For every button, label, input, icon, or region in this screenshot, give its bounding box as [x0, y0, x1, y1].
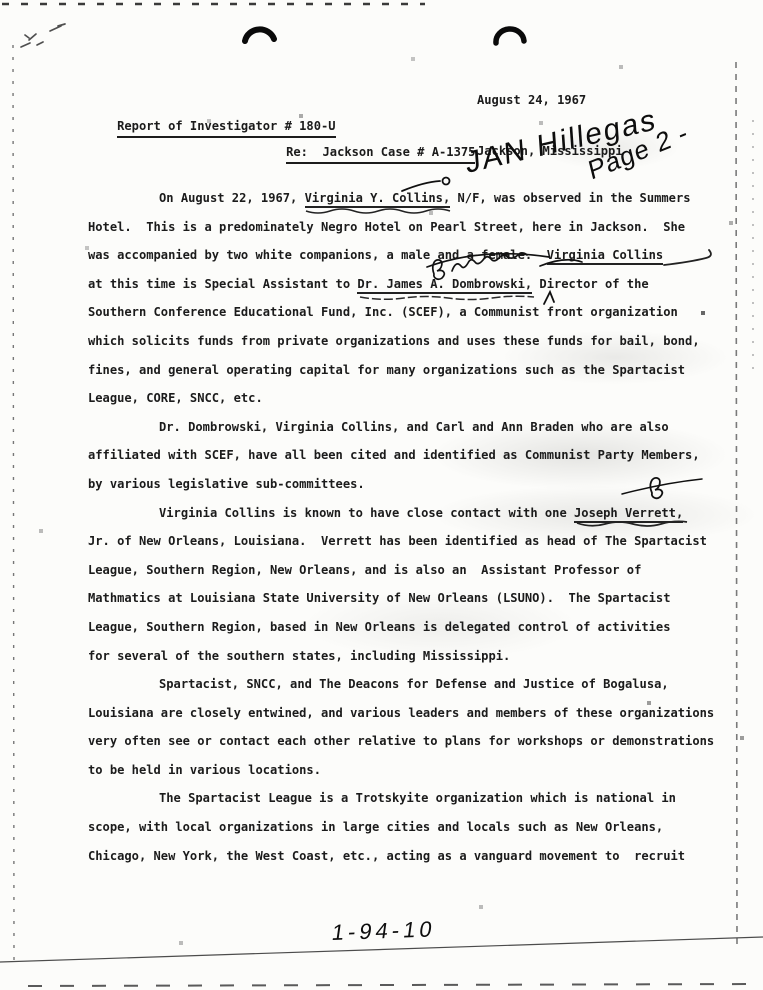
body-text-segment: affiliated with SCEF, have all been cite… [88, 448, 700, 462]
body-line: which solicits funds from private organi… [88, 327, 748, 356]
underlined-text: Joseph Verrett, [574, 506, 683, 523]
body-line: by various legislative sub-committees. [88, 470, 748, 499]
body-line: affiliated with SCEF, have all been cite… [88, 441, 748, 470]
punch-hole-arc [496, 29, 524, 43]
body-line: Chicago, New York, the West Coast, etc.,… [88, 842, 748, 871]
body-text-segment: by various legislative sub-committees. [88, 477, 365, 491]
body-line: League, Southern Region, New Orleans, an… [88, 556, 748, 585]
body-line: scope, with local organizations in large… [88, 813, 748, 842]
body-line: fines, and general operating capital for… [88, 356, 748, 385]
left-edge-line [13, 45, 14, 960]
body-text-segment: fines, and general operating capital for… [88, 363, 685, 377]
body-line: Louisiana are closely entwined, and vari… [88, 699, 748, 728]
body-text-segment: Dr. Dombrowski, Virginia Collins, and Ca… [159, 420, 669, 434]
body-text-segment: scope, with local organizations in large… [88, 820, 663, 834]
body-line: very often see or contact each other rel… [88, 727, 748, 756]
body-text-segment: which solicits funds from private organi… [88, 334, 700, 348]
body-line: League, CORE, SNCC, etc. [88, 384, 748, 413]
body-text-segment: League, Southern Region, New Orleans, an… [88, 563, 641, 577]
date-line: August 24, 1967 [477, 92, 623, 109]
body-line: Mathmatics at Louisiana State University… [88, 584, 748, 613]
body-line: Southern Conference Educational Fund, In… [88, 298, 748, 327]
body-text-segment: was accompanied by two white companions,… [88, 248, 547, 262]
underlined-text: Dr. James A. Dombrowski, [357, 277, 532, 294]
scan-speckles [0, 0, 2, 2]
body-line: Hotel. This is a predominately Negro Hot… [88, 213, 748, 242]
body-line: Dr. Dombrowski, Virginia Collins, and Ca… [88, 413, 748, 442]
body-text-segment: Director of the [532, 277, 649, 291]
handwritten-file-number: 1-94-10 [330, 916, 437, 946]
body-text-segment: Mathmatics at Louisiana State University… [88, 591, 670, 605]
case-reference-text: Re: Jackson Case # A-1375 [286, 144, 475, 164]
body-line: for several of the southern states, incl… [88, 642, 748, 671]
punch-hole-arc [245, 29, 274, 41]
pencil-scribble [21, 24, 65, 47]
body-text-segment: N/F, was observed in the Summers [450, 191, 690, 205]
body-line: Jr. of New Orleans, Louisiana. Verrett h… [88, 527, 748, 556]
body-text-segment: The Spartacist League is a Trotskyite or… [159, 791, 676, 805]
underlined-text: Virginia Collins [547, 248, 664, 265]
body-text-segment: On August 22, 1967, [159, 191, 305, 205]
body-line: The Spartacist League is a Trotskyite or… [88, 784, 748, 813]
body-text-segment: for several of the southern states, incl… [88, 649, 510, 663]
body-line: to be held in various locations. [88, 756, 748, 785]
underlined-text: Virginia Y. Collins, [305, 191, 451, 208]
body-line: at this time is Special Assistant to Dr.… [88, 270, 748, 299]
body-text-segment: Louisiana are closely entwined, and vari… [88, 706, 714, 720]
body-line: On August 22, 1967, Virginia Y. Collins,… [88, 184, 748, 213]
body-text-segment: to be held in various locations. [88, 763, 321, 777]
body-line: League, Southern Region, based in New Or… [88, 613, 748, 642]
body-text-segment: Jr. of New Orleans, Louisiana. Verrett h… [88, 534, 707, 548]
body-line: Spartacist, SNCC, and The Deacons for De… [88, 670, 748, 699]
document-page: August 24, 1967 Jackson, Mississippi Rep… [0, 0, 763, 990]
body-text-segment: Virginia Collins is known to have close … [159, 506, 574, 520]
body-text-segment: very often see or contact each other rel… [88, 734, 714, 748]
body-line: was accompanied by two white companions,… [88, 241, 748, 270]
body-text-segment: at this time is Special Assistant to [88, 277, 357, 291]
body-text-segment: League, CORE, SNCC, etc. [88, 391, 263, 405]
body-text-segment: Southern Conference Educational Fund, In… [88, 305, 678, 319]
body-text-segment: Spartacist, SNCC, and The Deacons for De… [159, 677, 669, 691]
body-text-segment: League, Southern Region, based in New Or… [88, 620, 670, 634]
bottom-dashed-line [28, 984, 760, 986]
body-line: Virginia Collins is known to have close … [88, 499, 748, 528]
case-reference: Re: Jackson Case # A-1375 [257, 128, 475, 180]
body-text-segment: Chicago, New York, the West Coast, etc.,… [88, 849, 685, 863]
report-body: On August 22, 1967, Virginia Y. Collins,… [88, 184, 748, 870]
body-text-segment: Hotel. This is a predominately Negro Hot… [88, 220, 685, 234]
